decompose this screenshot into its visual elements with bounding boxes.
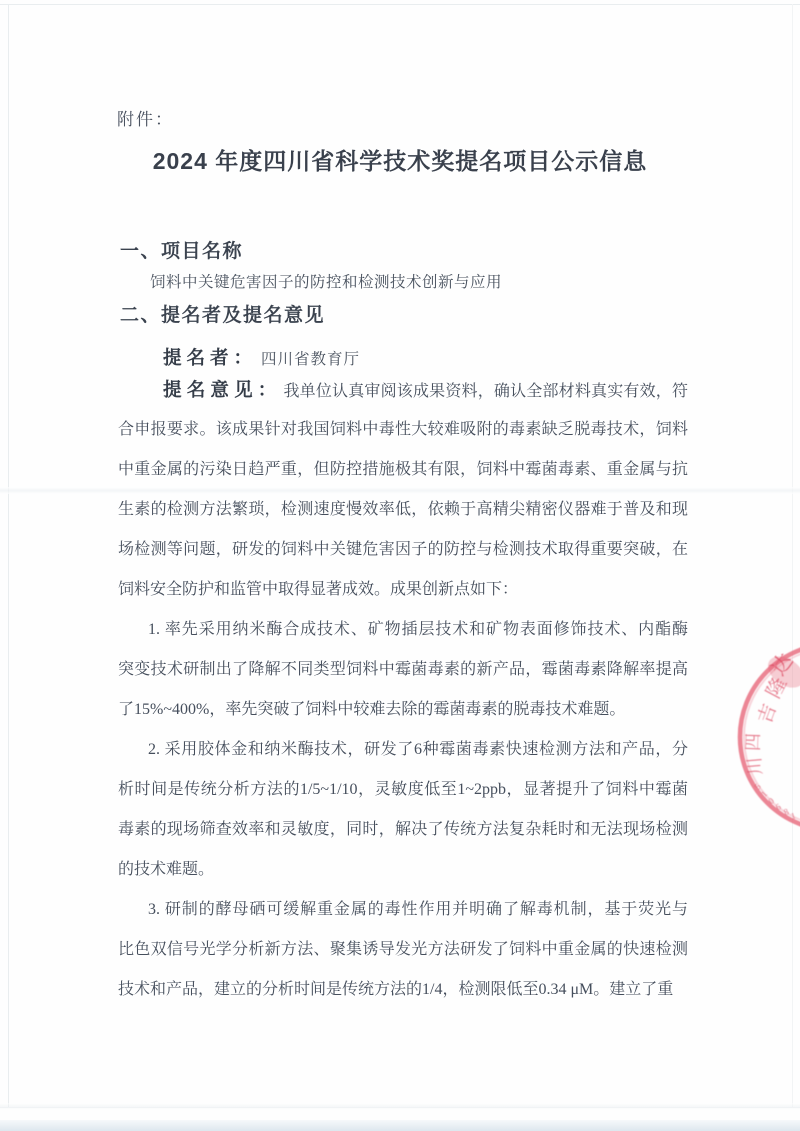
project-name: 饲料中关键危害因子的防控和检测技术创新与应用: [150, 270, 502, 292]
page-edge-top: [0, 4, 800, 5]
scanned-page: 附件： 2024 年度四川省科学技术奖提名项目公示信息 一、项目名称 饲料中关键…: [0, 0, 800, 1131]
nominator-row: 提名者：四川省教育厅: [163, 344, 360, 370]
opinion-line: 生素的检测方法繁琐，检测速度慢效率低，依赖于高精尖精密仪器难于普及和现: [118, 490, 688, 530]
innovation-point-2-line: 2. 采用胶体金和纳米酶技术，研发了6种霉菌毒素快速检测方法和产品，分: [118, 730, 688, 770]
seal-char: 吉: [754, 701, 781, 726]
scan-artifact-band: [0, 1103, 800, 1110]
seal-char: 四: [743, 733, 764, 752]
opinion-line: 提名意见：我单位认真审阅该成果资料，确认全部材料真实有效，符: [118, 370, 688, 410]
opinion-line: 析时间是传统分析方法的1/5~1/10，灵敏度低至1~2ppb，显著提升了饲料中…: [118, 770, 688, 810]
opinion-line: 毒素的现场筛查效率和灵敏度，同时，解决了传统方法复杂耗时和无法现场检测: [118, 810, 688, 850]
nominator-value: 四川省教育厅: [261, 351, 360, 368]
nomination-opinion: 提名意见：我单位认真审阅该成果资料，确认全部材料真实有效，符 合申报要求。该成果…: [118, 370, 688, 1010]
nominator-label: 提名者：: [163, 347, 257, 368]
seal-svg: 达 隆 吉 四 川 5 1 0 6 8 1: [728, 628, 800, 838]
seal-char: 川: [744, 756, 765, 776]
opinion-line: 技术和产品，建立的分析时间是传统方法的1/4，检测限低至0.34 μM。建立了重: [118, 970, 688, 1010]
opinion-line: 中重金属的污染日趋严重，但防控措施极其有限，饲料中霉菌毒素、重金属与抗: [118, 450, 688, 490]
opinion-line: 合申报要求。该成果针对我国饲料中毒性大较难吸附的毒素缺乏脱毒技术，饲料: [118, 410, 688, 450]
opinion-line: 的技术难题。: [118, 850, 688, 890]
official-seal-stamp: 达 隆 吉 四 川 5 1 0 6 8 1: [728, 628, 800, 838]
section-heading-project-name: 一、项目名称: [120, 236, 243, 263]
opinion-line: 饲料安全防护和监管中取得显著成效。成果创新点如下：: [118, 570, 688, 610]
section-heading-nominator: 二、提名者及提名意见: [120, 300, 325, 327]
innovation-point-3-line: 3. 研制的酵母硒可缓解重金属的毒性作用并明确了解毒机制，基于荧光与: [118, 890, 688, 930]
scanner-bottom-strip: [0, 1120, 800, 1131]
document-title: 2024 年度四川省科学技术奖提名项目公示信息: [0, 143, 800, 176]
opinion-label: 提名意见：: [163, 379, 281, 400]
attachment-label: 附件：: [117, 105, 174, 130]
opinion-line: 场检测等问题，研发的饲料中关键危害因子的防控与检测技术取得重要突破，在: [118, 530, 688, 570]
opinion-line-text: 我单位认真审阅该成果资料，确认全部材料真实有效，符: [283, 383, 688, 400]
opinion-line: 突变技术研制出了降解不同类型饲料中霉菌毒素的新产品，霉菌毒素降解率提高: [118, 650, 688, 690]
innovation-point-1-line: 1. 率先采用纳米酶合成技术、矿物插层技术和矿物表面修饰技术、内酯酶: [118, 610, 688, 650]
opinion-line: 比色双信号光学分析新方法、聚集诱导发光方法研发了饲料中重金属的快速检测: [118, 930, 688, 970]
opinion-line: 了15%~400%，率先突破了饲料中较难去除的霉菌毒素的脱毒技术难题。: [118, 690, 688, 730]
